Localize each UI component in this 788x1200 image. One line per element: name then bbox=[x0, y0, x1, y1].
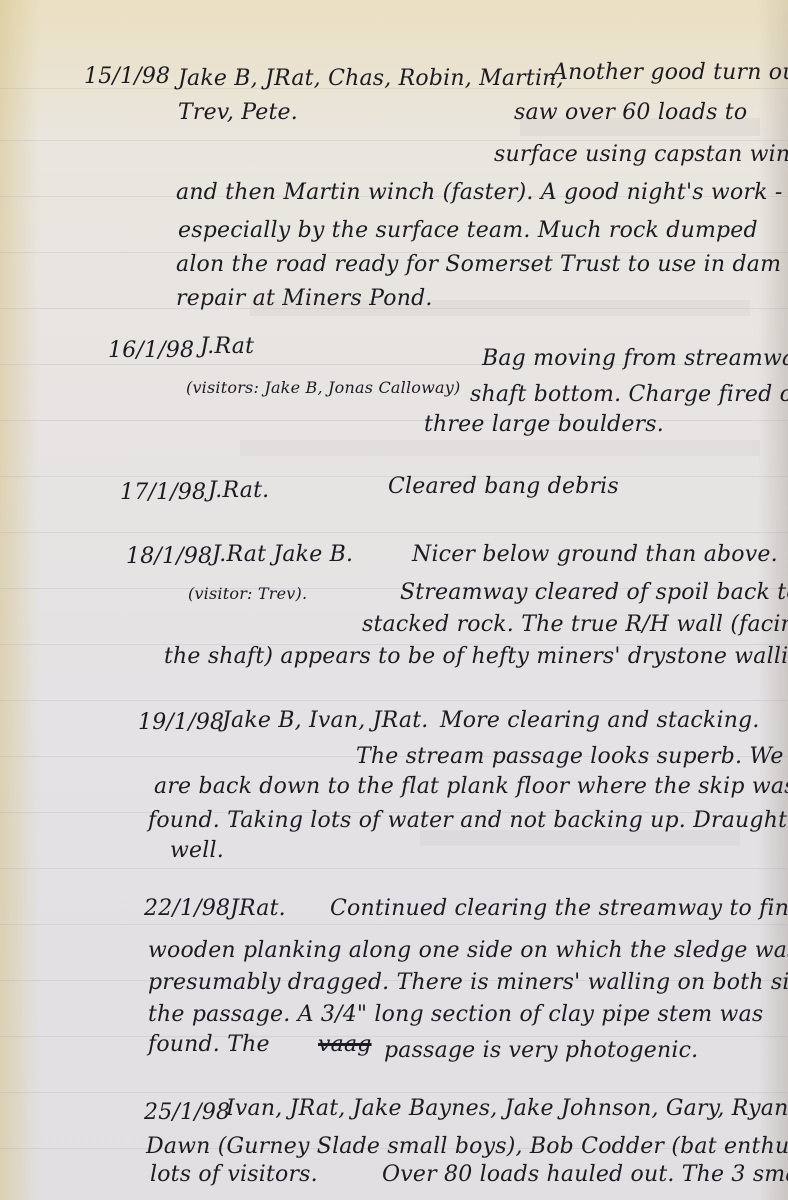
entry-people: Jake B, Ivan, JRat. bbox=[222, 708, 428, 733]
entry-line: alon the road ready for Somerset Trust t… bbox=[176, 252, 781, 277]
entry-line: passage is very photogenic. bbox=[384, 1038, 698, 1063]
entry-date: 22/1/98 bbox=[144, 896, 230, 921]
entry-line: stacked rock. The true R/H wall (facing bbox=[362, 612, 788, 637]
entry-line: Continued clearing the streamway to find bbox=[330, 896, 788, 921]
entry-line: the passage. A 3/4" long section of clay… bbox=[148, 1002, 763, 1027]
entry-line: Dawn (Gurney Slade small boys), Bob Codd… bbox=[146, 1134, 788, 1159]
entry-line: found. The bbox=[148, 1032, 270, 1057]
entry-line: Streamway cleared of spoil back to the bbox=[400, 580, 788, 605]
entry-date: 25/1/98 bbox=[144, 1100, 230, 1125]
ruled-line bbox=[0, 700, 788, 701]
entry-line: and then Martin winch (faster). A good n… bbox=[176, 180, 782, 205]
entry-line: Bag moving from streamway to bbox=[482, 346, 788, 371]
entry-line: shaft bottom. Charge fired on bbox=[470, 382, 788, 407]
entry-people: J.Rat Jake B. bbox=[212, 542, 353, 567]
ruled-line bbox=[0, 532, 788, 533]
entry-line: repair at Miners Pond. bbox=[176, 286, 433, 311]
entry-line: More clearing and stacking. bbox=[440, 708, 760, 733]
ruled-line bbox=[0, 924, 788, 925]
entry-date: 17/1/98 bbox=[120, 480, 206, 505]
entry-line: well. bbox=[170, 838, 224, 863]
entry-people: Jake B, JRat, Chas, Robin, Martin, bbox=[178, 66, 564, 91]
entry-line: Cleared bang debris bbox=[388, 474, 619, 499]
show-through-shadow bbox=[240, 440, 760, 456]
entry-date: 15/1/98 bbox=[84, 64, 170, 89]
entry-line: found. Taking lots of water and not back… bbox=[148, 808, 788, 833]
struck-out-word: vaag bbox=[318, 1032, 372, 1057]
entry-line: Over 80 loads hauled out. The 3 small bbox=[382, 1162, 788, 1187]
ruled-line bbox=[0, 868, 788, 869]
ruled-line bbox=[0, 420, 788, 421]
entry-line: The stream passage looks superb. We bbox=[356, 744, 784, 769]
entry-line: are back down to the flat plank floor wh… bbox=[154, 774, 788, 799]
entry-people: J.Rat. bbox=[208, 478, 269, 503]
entry-date: 19/1/98 bbox=[138, 710, 224, 735]
entry-line: Another good turn out bbox=[552, 60, 788, 85]
entry-people: JRat. bbox=[230, 896, 286, 921]
entry-line: the shaft) appears to be of hefty miners… bbox=[164, 644, 788, 669]
entry-people: Ivan, JRat, Jake Baynes, Jake Johnson, G… bbox=[226, 1096, 788, 1121]
ruled-line bbox=[0, 1092, 788, 1093]
entry-line: presumably dragged. There is miners' wal… bbox=[148, 970, 788, 995]
entry-people: J.Rat bbox=[200, 334, 254, 359]
entry-people: Trev, Pete. bbox=[178, 100, 298, 125]
entry-line: lots of visitors. bbox=[150, 1162, 318, 1187]
entry-line: Nicer below ground than above. bbox=[412, 542, 778, 567]
entry-date: 16/1/98 bbox=[108, 338, 194, 363]
entry-line: saw over 60 loads to bbox=[514, 100, 747, 125]
entry-line: especially by the surface team. Much roc… bbox=[178, 218, 758, 243]
entry-line: three large boulders. bbox=[424, 412, 664, 437]
entry-line: surface using capstan winch (sla bbox=[494, 142, 788, 167]
entry-people: (visitor: Trev). bbox=[188, 584, 307, 603]
ruled-line bbox=[0, 1036, 788, 1037]
entry-line: wooden planking along one side on which … bbox=[148, 938, 788, 963]
ruled-line bbox=[0, 140, 788, 141]
logbook-page: 15/1/98 Jake B, JRat, Chas, Robin, Marti… bbox=[0, 0, 788, 1200]
entry-date: 18/1/98 bbox=[126, 544, 212, 569]
entry-people: (visitors: Jake B, Jonas Calloway) bbox=[186, 378, 460, 397]
